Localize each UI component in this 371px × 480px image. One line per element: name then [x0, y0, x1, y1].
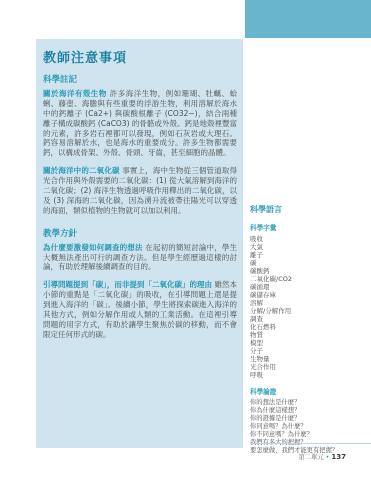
vocab-list: 吸收 大氣 離子 碳 碳酸鈣 二氧化碳/CO2 碳循環 碳儲存庫 溶解 分解/分… — [250, 235, 364, 379]
discourse-question-list: 你的想法是什麼？ 你為什麼這樣想？ 你的證據是什麼？ 你同意嗎？為什麼？ 你不同… — [250, 399, 364, 455]
vocab-item: 光合作用 — [250, 363, 364, 371]
vocab-item: 化石燃料 — [250, 323, 364, 331]
discourse-question: 你的想法是什麼？ — [250, 399, 364, 407]
vocab-item: 吸收 — [250, 235, 364, 243]
paragraph-shelled-organisms: 關於海洋有殼生物 許多海洋生物，例如珊瑚、牡蠣、蛤蜊、藤壺、海膽與有些重要的浮游… — [43, 89, 237, 158]
paragraph-lead: 關於海洋有殼生物 — [43, 89, 107, 98]
discourse-question: 你同意嗎？為什麼？ — [250, 423, 364, 431]
vocab-item: 二氧化碳/CO2 — [250, 275, 364, 283]
vocab-item: 溶解 — [250, 299, 364, 307]
paragraph-lead: 關於海洋中的二氧化碳 — [43, 166, 120, 175]
vocab-item: 分子 — [250, 347, 364, 355]
vocab-item: 模型 — [250, 339, 364, 347]
paragraph-body: 雖然本小節的重點是「二氧化碳」的吸收，在引導問題上還是提到進入海洋的「碳」。後續… — [43, 280, 237, 338]
science-language-sidebar: 科學語言 科學字彙 吸收 大氣 離子 碳 碳酸鈣 二氧化碳/CO2 碳循環 碳儲… — [250, 204, 364, 455]
paragraph-carbon-wording: 引導問題提到「碳」，而非提到「二氧化碳」的理由 雖然本小節的重點是「二氧化碳」的… — [43, 280, 237, 339]
teacher-notes-card: 教師注意事項 科學註記 關於海洋有殼生物 許多海洋生物，例如珊瑚、牡蠣、蛤蜊、藤… — [36, 39, 243, 448]
paragraph-body: 許多海洋生物，例如珊瑚、牡蠣、蛤蜊、藤壺、海膽與有些重要的浮游生物，利用溶解於海… — [43, 89, 237, 157]
discourse-question: 你為什麼這樣想？ — [250, 407, 364, 415]
vocab-item: 碳儲存庫 — [250, 291, 364, 299]
section-heading-science-notes: 科學註記 — [43, 73, 237, 85]
vocab-item: 大氣 — [250, 243, 364, 251]
vocab-item: 離子 — [250, 251, 364, 259]
paragraph-investigation-ideas: 為什麼要激發如何調查的想法 在起初的簡短討論中，學生大概無法產出可行的調查方法。… — [43, 243, 237, 273]
paragraph-ocean-co2: 關於海洋中的二氧化碳 事實上，海中生物從三個管道取得光合作用與外殼需要的二氧化碳… — [43, 166, 237, 215]
page-title: 教師注意事項 — [43, 47, 237, 66]
vocab-item: 呼吸 — [250, 371, 364, 379]
page-footer: 第二單元 • 137 — [0, 452, 346, 461]
footer-separator: • — [326, 454, 330, 461]
vocab-heading: 科學字彙 — [250, 222, 364, 232]
discourse-question: 你的證據是什麼？ — [250, 415, 364, 423]
header-color-block — [245, 0, 371, 38]
vocab-item: 調查 — [250, 315, 364, 323]
vocab-item: 碳 — [250, 259, 364, 267]
footer-unit-label: 第二單元 — [298, 454, 323, 461]
sidebar-title: 科學語言 — [250, 204, 364, 215]
section-heading-teaching-guidelines: 教學方針 — [43, 227, 237, 239]
discourse-question: 你不同意嗎？為什麼？ — [250, 431, 364, 439]
discourse-heading: 科學論證 — [250, 386, 364, 396]
paragraph-lead: 引導問題提到「碳」，而非提到「二氧化碳」的理由 — [43, 280, 212, 289]
vocab-item: 碳循環 — [250, 283, 364, 291]
vocab-item: 生物量 — [250, 355, 364, 363]
vocab-item: 分解/分解作用 — [250, 307, 364, 315]
vocab-item: 物質 — [250, 331, 364, 339]
footer-page-number: 137 — [331, 453, 346, 461]
document-page: 教師注意事項 科學註記 關於海洋有殼生物 許多海洋生物，例如珊瑚、牡蠣、蛤蜊、藤… — [0, 0, 371, 480]
paragraph-lead: 為什麼要激發如何調查的想法 — [43, 243, 143, 252]
vocab-item: 碳酸鈣 — [250, 267, 364, 275]
sidebar-bottom-rule — [250, 443, 371, 444]
